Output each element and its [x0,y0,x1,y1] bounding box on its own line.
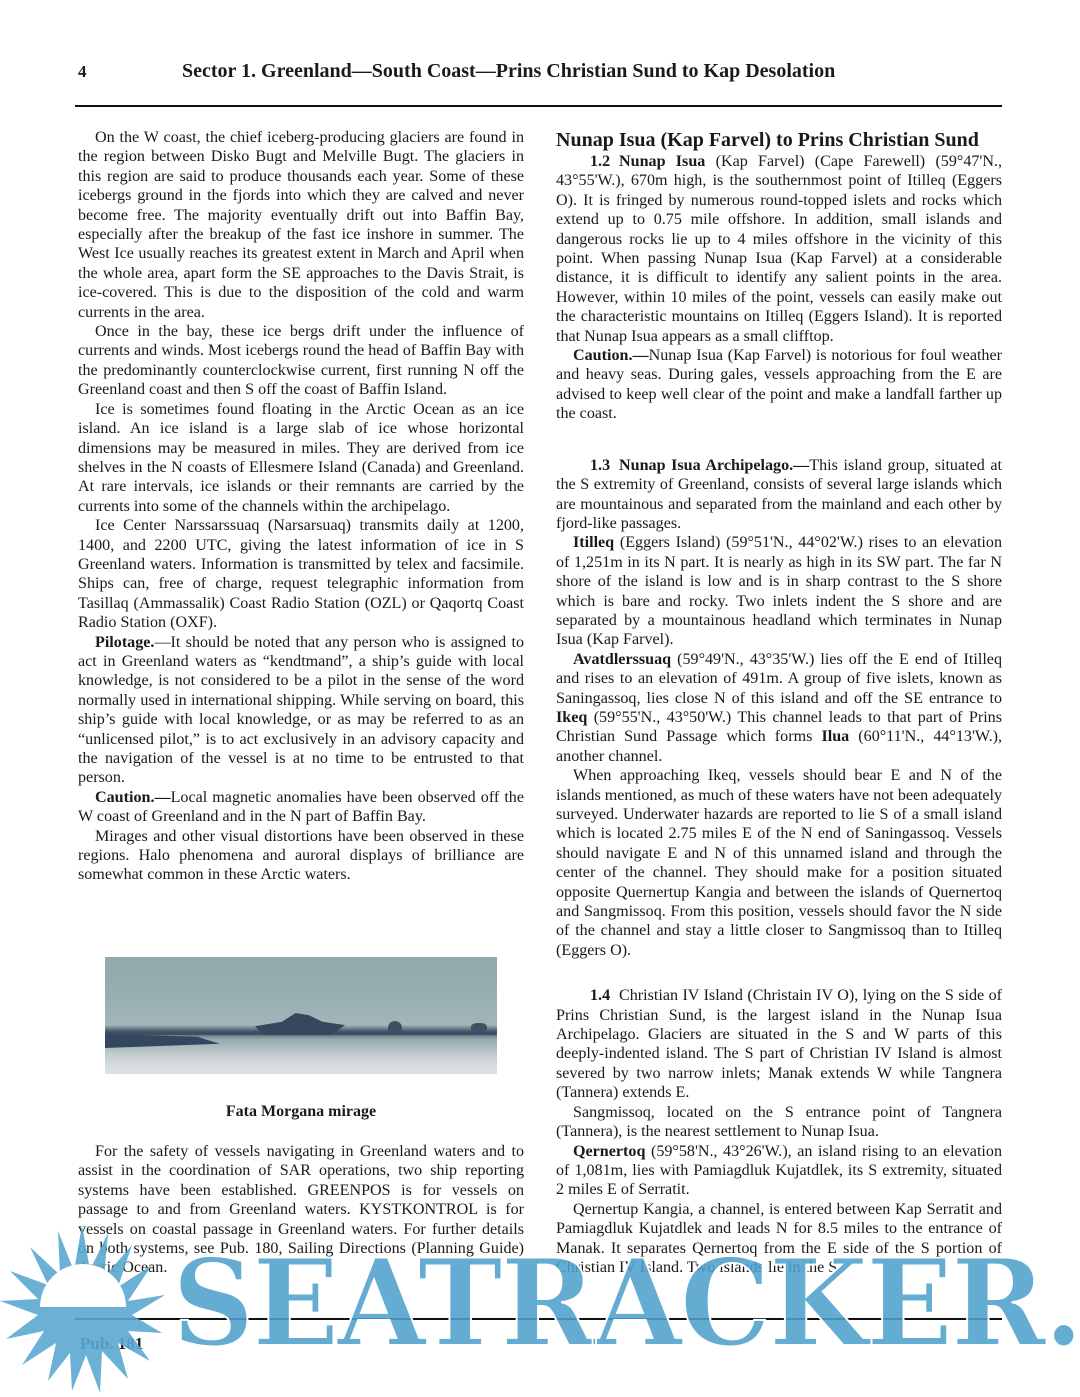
paragraph: When approaching Ikeq, vessels should be… [556,766,1002,960]
paragraph: Mirages and other visual distortions hav… [78,827,524,885]
paragraph: Once in the bay, these ice bergs drift u… [78,322,524,400]
caution-label: Caution.— [573,347,649,364]
place-name: Nunap Isua Archipelago.— [619,457,809,474]
section-1-4: 1.4Christian IV Island (Christain IV O),… [556,986,1002,1102]
watermark-text: SEATRACKER.RU [172,1244,1080,1364]
place-name: Ilua [821,728,849,745]
section-1-2: 1.2Nunap Isua (Kap Farvel) (Cape Farewel… [556,152,1002,346]
photo-mirage-object [388,1021,402,1035]
place-name: Ikeq [556,709,587,726]
pilotage-text: —It should be noted that any person who … [78,634,524,787]
figure-caption: Fata Morgana mirage [78,1103,524,1121]
section-1-3: 1.3Nunap Isua Archipelago.—This island g… [556,456,1002,534]
place-name: Avatdlerssuaq [573,651,671,668]
paragraph: Ice Center Narssarssuaq (Narsarsuaq) tra… [78,516,524,632]
right-column: Nunap Isua (Kap Farvel) to Prins Christi… [556,128,1002,1277]
paragraph-text: (Eggers Island) (59°51'N., 44°02'W.) ris… [556,534,1002,648]
section-number: 1.2 [573,152,619,171]
avatdlerssuaq-paragraph: Avatdlerssuaq (59°49'N., 43°35'W.) lies … [556,650,1002,766]
caution-paragraph: Caution.—Local magnetic anomalies have b… [78,788,524,827]
photo-shore [105,1034,220,1048]
paragraph: Ice is sometimes found floating in the A… [78,400,524,516]
photo-mirage-island [255,1013,345,1035]
section-text: (Kap Farvel) (Cape Farewell) (59°47'N., … [556,153,1002,345]
header-rule [75,105,1002,107]
pilotage-label: Pilotage. [95,634,154,651]
section-heading: Nunap Isua (Kap Farvel) to Prins Christi… [556,128,1002,152]
section-number: 1.4 [573,986,619,1005]
left-column: On the W coast, the chief iceberg-produc… [78,128,524,885]
caution-paragraph: Caution.—Nunap Isua (Kap Farvel) is noto… [556,346,1002,424]
caution-label: Caution.— [95,789,171,806]
paragraph: On the W coast, the chief iceberg-produc… [78,128,524,322]
sun-logo-icon [0,1215,165,1397]
section-text: Christian IV Island (Christain IV O), ly… [556,987,1002,1101]
photo-mirage-object [471,1023,487,1033]
place-name: Itilleq [573,534,614,551]
paragraph: Sangmissoq, located on the S entrance po… [556,1103,1002,1142]
pilotage-paragraph: Pilotage.—It should be noted that any pe… [78,633,524,788]
section-number: 1.3 [573,456,619,475]
place-name: Nunap Isua [619,153,705,170]
fata-morgana-photo [105,957,497,1074]
place-name: Qernertoq [573,1143,645,1160]
qernertoq-paragraph: Qernertoq (59°58'N., 43°26'W.), an islan… [556,1142,1002,1200]
itilleq-paragraph: Itilleq (Eggers Island) (59°51'N., 44°02… [556,533,1002,649]
page-number: 4 [78,62,87,82]
page-title: Sector 1. Greenland—South Coast—Prins Ch… [182,60,835,83]
